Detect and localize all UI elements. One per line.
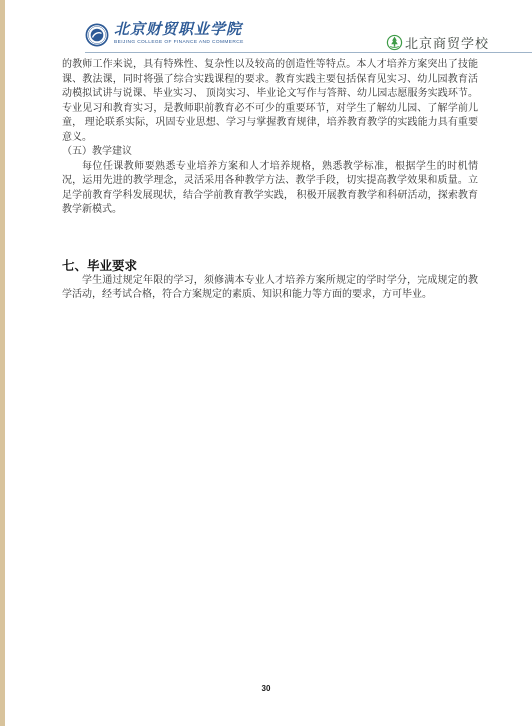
college-name-cn: 北京财贸职业学院 <box>114 21 244 39</box>
school-name-cn: 北京商贸学校 <box>405 33 489 52</box>
college-name-en: BEIJING COLLEGE OF FINANCE AND COMMERCE <box>114 39 244 46</box>
paragraph-continuation: 的教师工作来说，具有特殊性、复杂性以及较高的创造性等特点。本人才培养方案突出了技… <box>62 58 478 145</box>
paragraph-teaching-advice: 每位任课教师要熟悉专业培养方案和人才培养规格，熟悉教学标准，根据学生的时机情况，… <box>62 160 478 218</box>
subsection-heading: （五）教学建议 <box>62 145 478 160</box>
college-seal-icon <box>85 23 109 47</box>
school-logo: 北京商贸学校 <box>386 33 489 52</box>
document-body: 的教师工作来说，具有特殊性、复杂性以及较高的创造性等特点。本人才培养方案突出了技… <box>62 58 478 303</box>
paragraph-graduation-requirements: 学生通过规定年限的学习，须修满本专业人才培养方案所规定的学时学分，完成规定的教学… <box>62 274 478 303</box>
college-logo: 北京财贸职业学院 BEIJING COLLEGE OF FINANCE AND … <box>85 21 244 47</box>
document-page: 北京财贸职业学院 BEIJING COLLEGE OF FINANCE AND … <box>0 0 532 726</box>
college-logo-text: 北京财贸职业学院 BEIJING COLLEGE OF FINANCE AND … <box>114 21 244 46</box>
page-left-border <box>0 0 5 726</box>
section-heading-graduation: 七、毕业要求 <box>62 258 478 274</box>
page-number: 30 <box>0 684 532 693</box>
school-tree-icon <box>386 34 403 51</box>
header-divider <box>85 52 532 53</box>
